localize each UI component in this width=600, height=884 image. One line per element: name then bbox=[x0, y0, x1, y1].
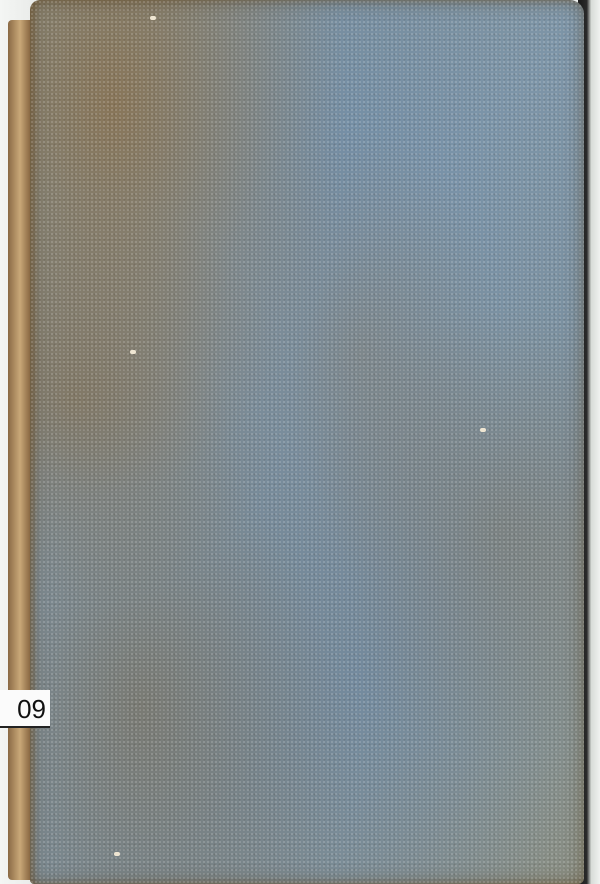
wear-spot bbox=[150, 16, 156, 20]
cover-texture bbox=[30, 0, 584, 884]
wear-spot bbox=[114, 852, 120, 856]
book-cover bbox=[30, 0, 584, 884]
wear-spot bbox=[480, 428, 486, 432]
wear-spot bbox=[130, 350, 136, 354]
shelf-label: 09 bbox=[0, 690, 50, 728]
